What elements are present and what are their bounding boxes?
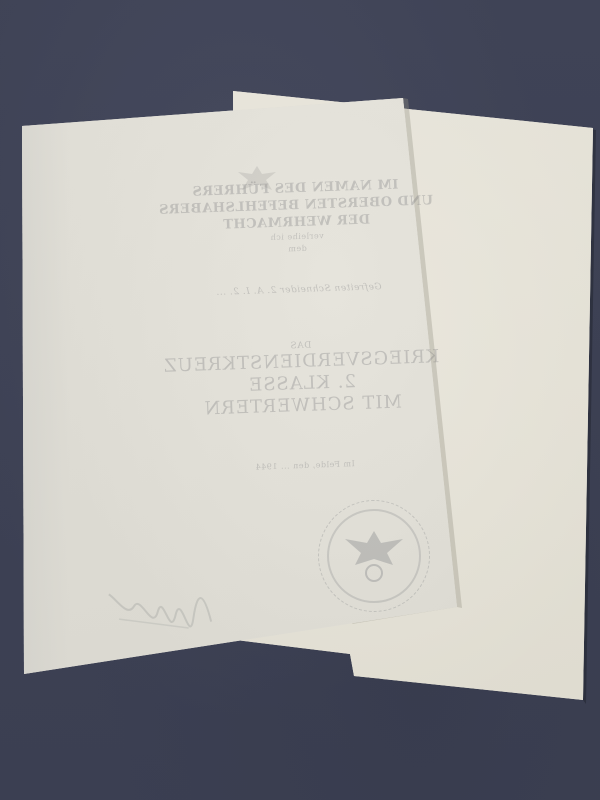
eagle-seal-icon — [318, 500, 430, 612]
signature-icon — [98, 574, 222, 642]
photo-scene: IM NAMEN DES FÜHRERS UND OBERSTEN BEFEHL… — [0, 0, 600, 800]
mirrored-certificate-text: IM NAMEN DES FÜHRERS UND OBERSTEN BEFEHL… — [145, 175, 455, 475]
recipient-line: Gefreiten Schneider 2. A. I. 2. ... — [149, 278, 449, 302]
